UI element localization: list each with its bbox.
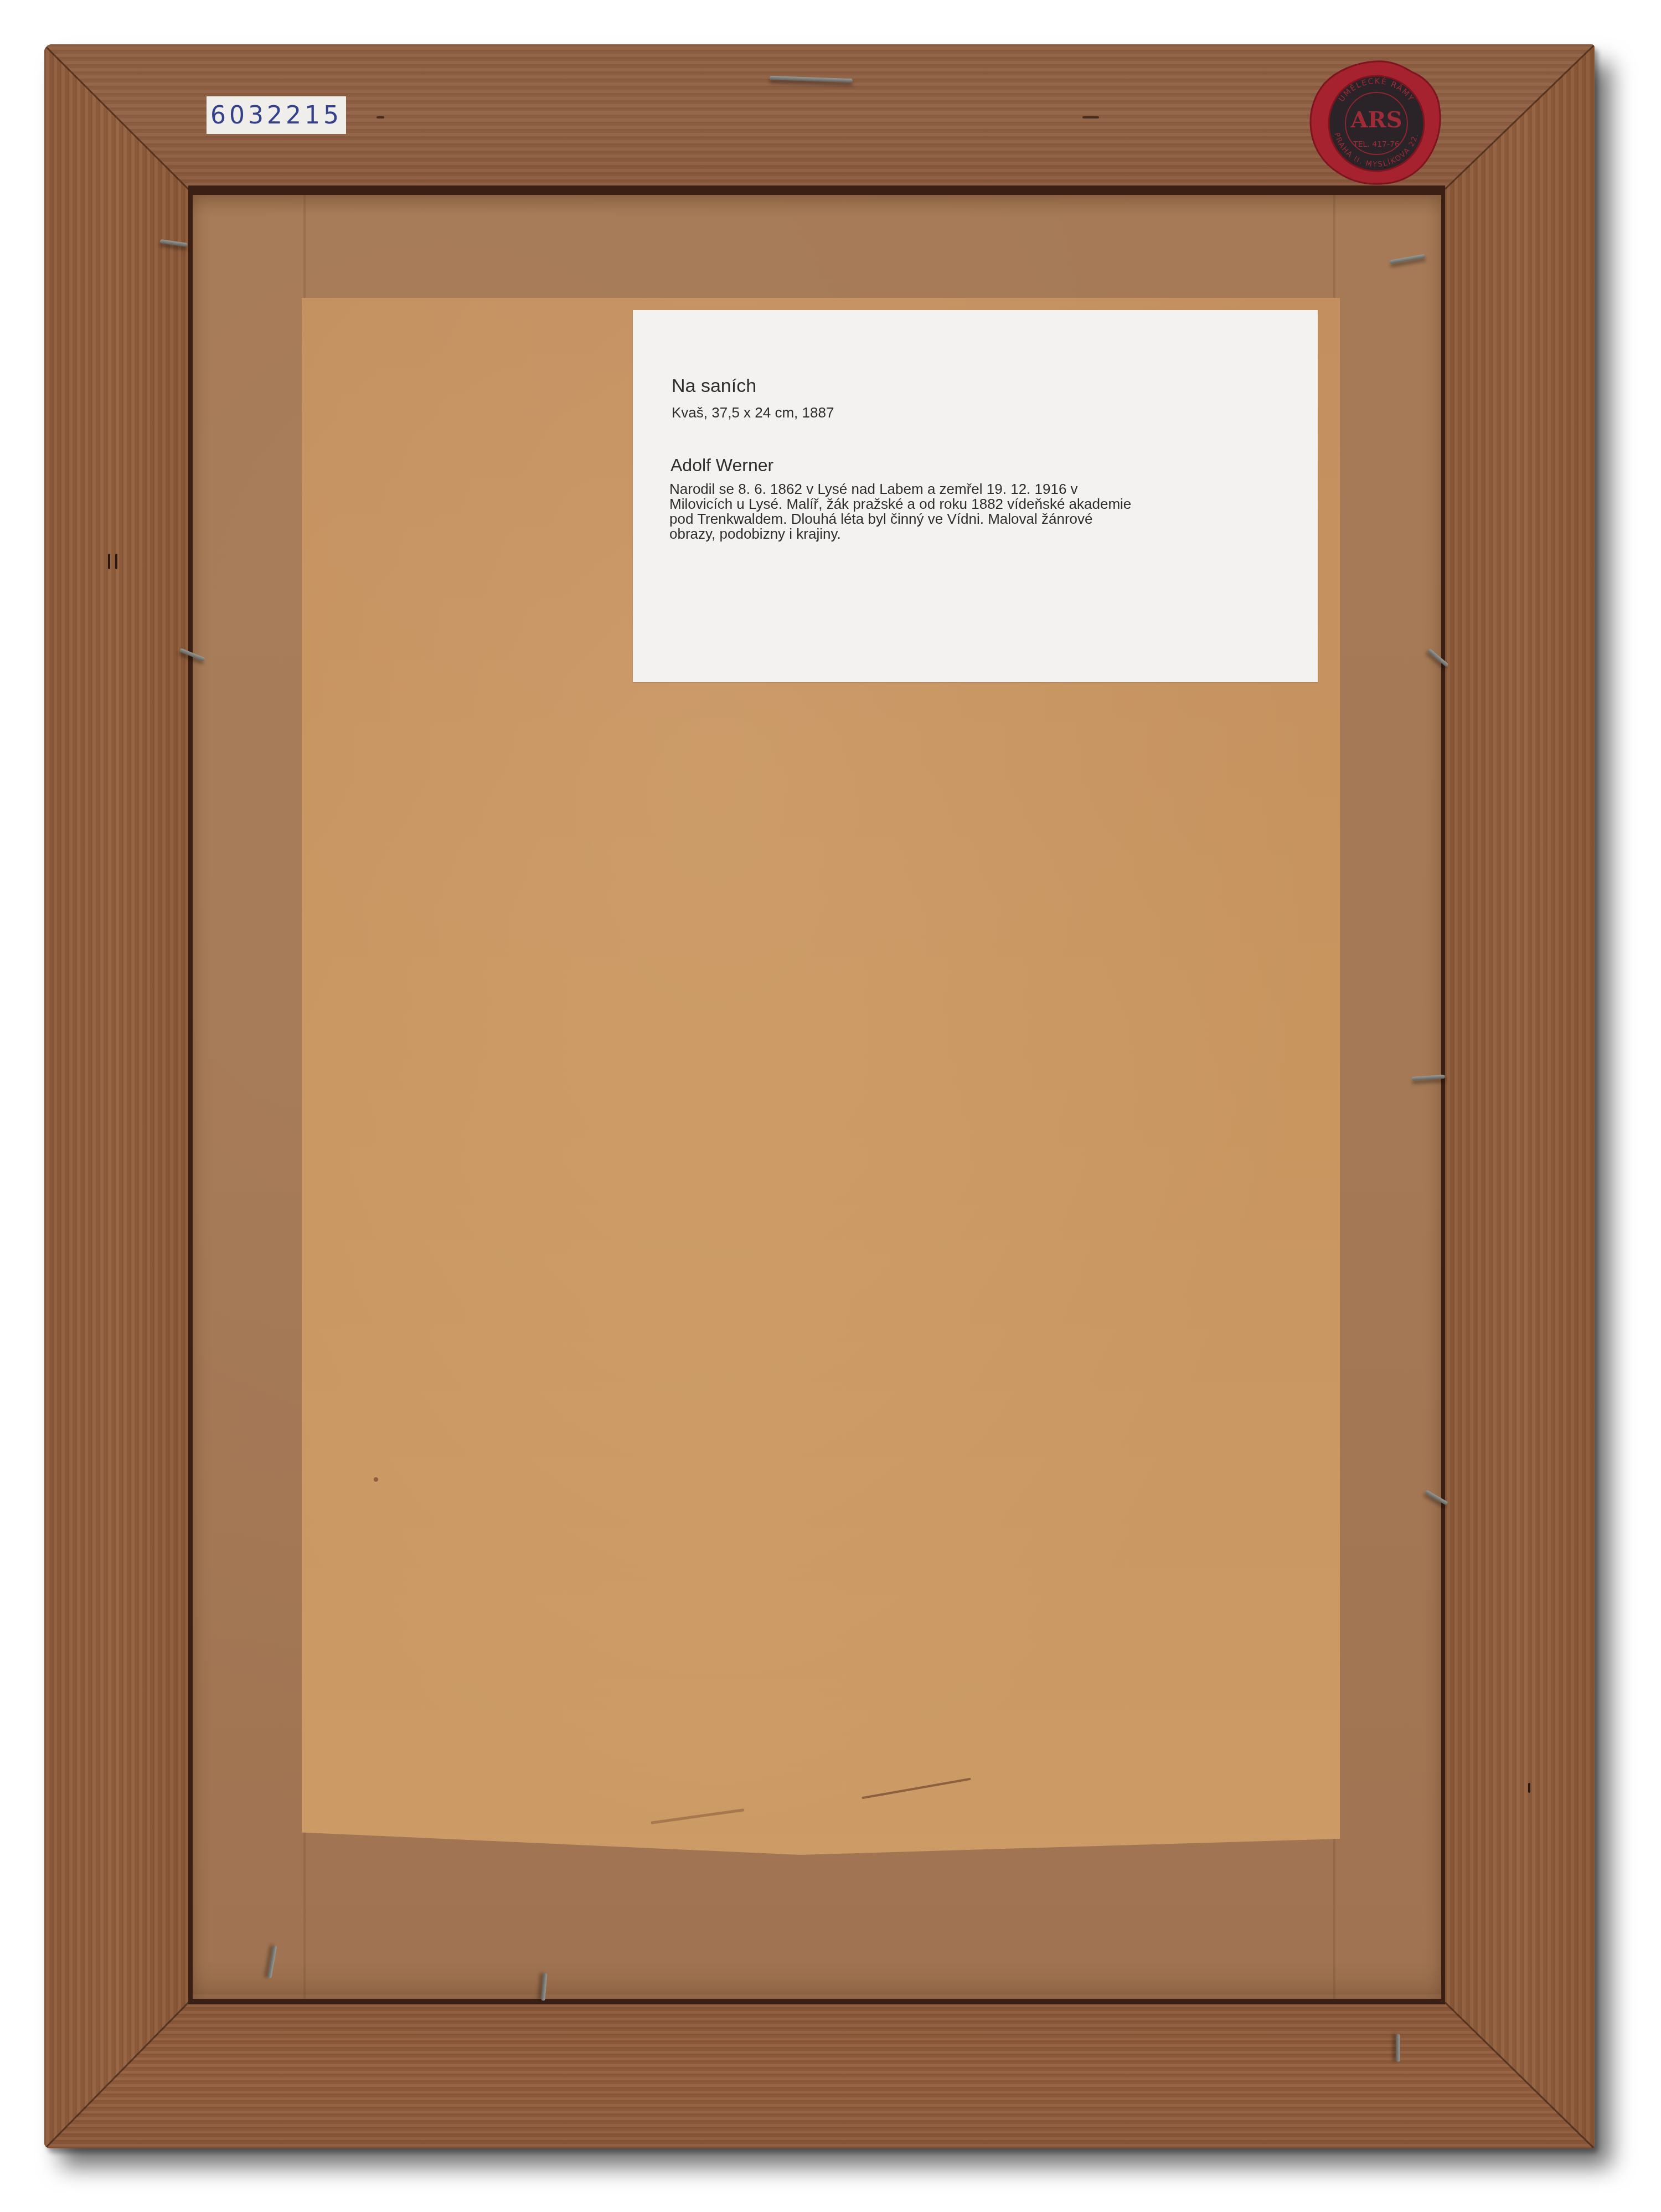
biography-line: pod Trenkwaldem. Dlouhá léta byl činný v… <box>669 512 1289 527</box>
framer-wax-seal-icon: ARS TEL. 417-76 UMĚLECKÉ RÁMY PRAHA II. … <box>1308 58 1443 185</box>
artwork-info-label: Na saních Kvaš, 37,5 x 24 cm, 1887 Adolf… <box>633 310 1318 682</box>
nail-icon <box>1396 2034 1400 2062</box>
frame-scratch-mark <box>376 116 384 118</box>
frame-rail-bottom <box>44 2002 1595 2148</box>
artwork-medium-dimensions-year: Kvaš, 37,5 x 24 cm, 1887 <box>672 404 834 421</box>
frame-scratch-mark <box>108 554 110 569</box>
frame-scratch-mark <box>1082 116 1099 118</box>
spot <box>374 1477 378 1482</box>
paper-crease <box>193 1961 1441 1994</box>
inventory-number-tag: 6032215 <box>207 96 346 134</box>
seal-graphic: ARS TEL. 417-76 UMĚLECKÉ RÁMY PRAHA II. … <box>1308 58 1443 185</box>
seal-phone: TEL. 417-76 <box>1353 140 1400 149</box>
frame-rail-left <box>44 44 188 2148</box>
biography-line: Narodil se 8. 6. 1862 v Lysé nad Labem a… <box>669 482 1289 497</box>
frame-scratch-mark <box>1528 1783 1530 1793</box>
biography-line: obrazy, podobizny i krajiny. <box>669 527 1289 542</box>
artist-name: Adolf Werner <box>670 455 773 476</box>
inventory-number: 6032215 <box>210 101 342 130</box>
frame-scratch-mark <box>115 554 117 569</box>
frame-rail-right <box>1445 44 1595 2148</box>
artist-biography: Narodil se 8. 6. 1862 v Lysé nad Labem a… <box>669 482 1289 542</box>
paper-crease <box>193 195 1441 217</box>
seal-monogram: ARS <box>1350 107 1402 133</box>
biography-line: Milovicích u Lysé. Malíř, žák pražské a … <box>669 497 1289 512</box>
pencil-stroke <box>651 1808 744 1824</box>
artwork-title: Na saních <box>672 375 756 397</box>
pencil-stroke <box>862 1778 971 1799</box>
